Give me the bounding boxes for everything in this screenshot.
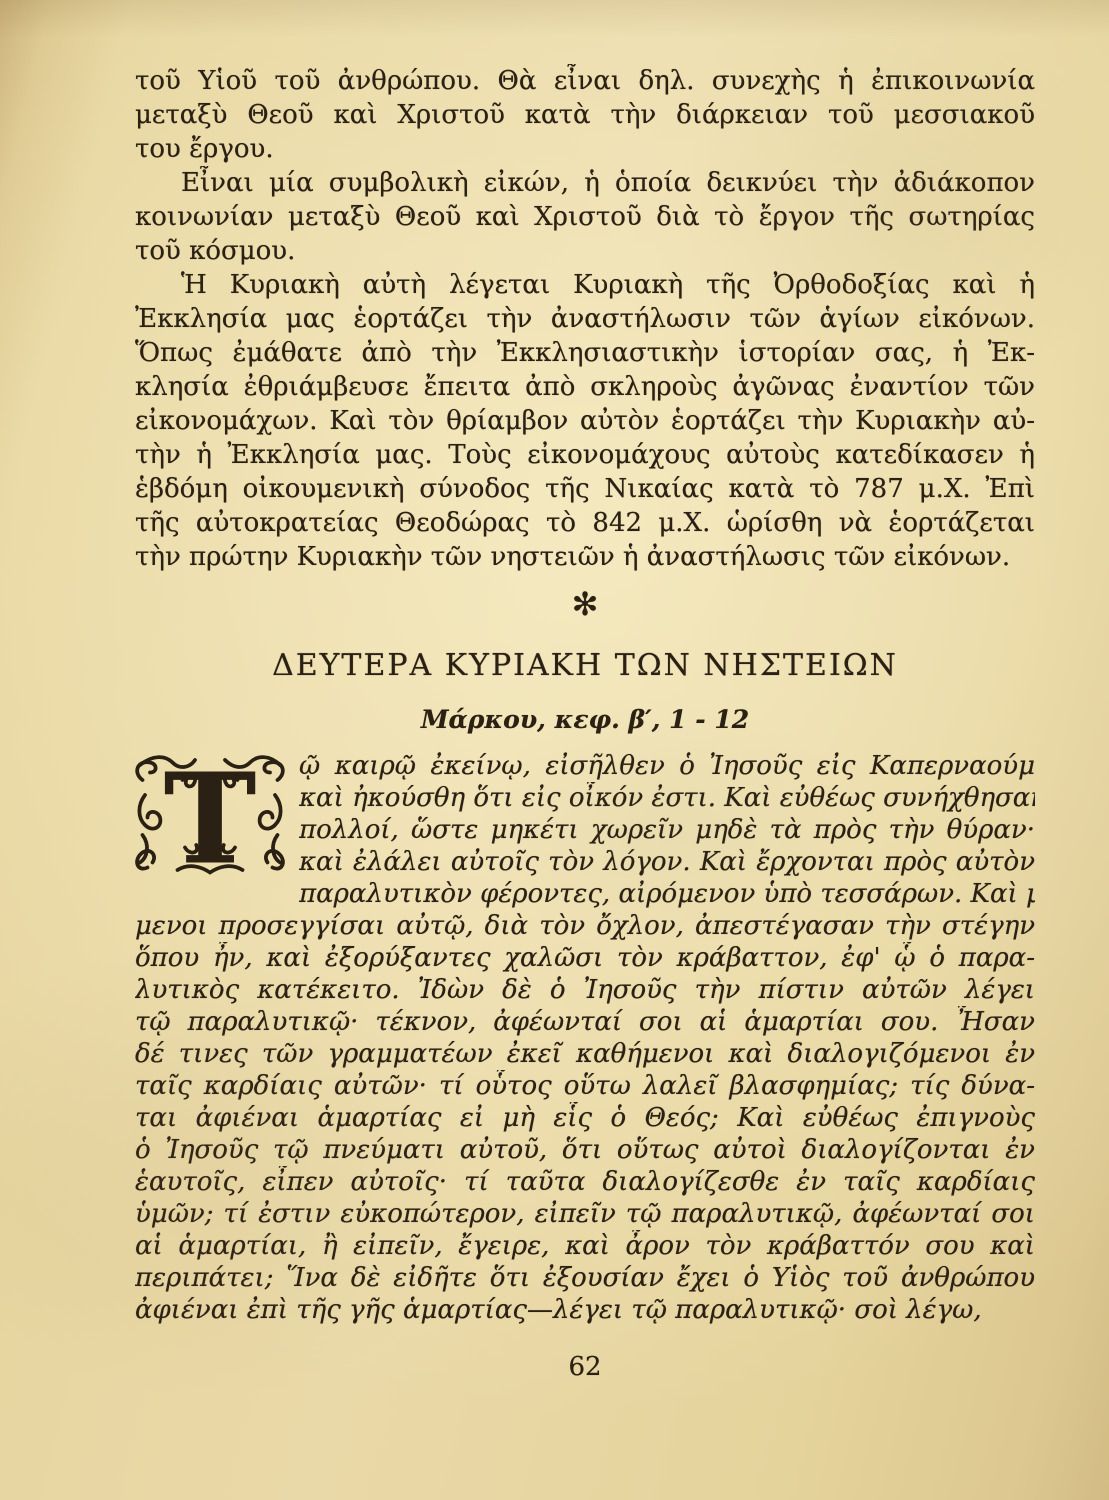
text-line: ἑβδόμη οἰκουμενικὴ σύνοδος τῆς Νικαίας κ… xyxy=(135,472,1035,506)
text-line: μεταξὺ Θεοῦ καὶ Χριστοῦ κατὰ τὴν διάρκει… xyxy=(135,98,1035,132)
text-line: καὶ ἠκούσθη ὅτι εἰς οἶκόν ἐστι. Καὶ εὐθέ… xyxy=(299,782,1035,814)
book-page: τοῦ Υἱοῦ τοῦ ἀνθρώπου. Θὰ εἶναι δηλ. συν… xyxy=(0,0,1109,1500)
text-line: ὑμῶν; τί ἐστιν εὐκοπώτερον, εἰπεῖν τῷ πα… xyxy=(135,1198,1035,1230)
text-line: ἀφιέναι ἐπὶ τῆς γῆς ἁμαρτίας—λέγει τῷ πα… xyxy=(135,1294,1035,1326)
drop-cap-letter: Τ xyxy=(163,752,256,878)
text-line: τοῦ κόσμου. xyxy=(135,234,1035,268)
drop-cap-ornament: Τ xyxy=(135,752,285,878)
text-line: μενοι προσεγγίσαι αὐτῷ, διὰ τὸν ὄχλον, ἀ… xyxy=(135,910,1035,942)
text-line: Ἡ Κυριακὴ αὐτὴ λέγεται Κυριακὴ τῆς Ὀρθοδ… xyxy=(135,268,1035,302)
text-line: Ὅπως ἐμάθατε ἀπὸ τὴν Ἐκκλησιαστικὴν ἱστο… xyxy=(135,336,1035,370)
text-line: παραλυτικὸν φέροντες, αἰρόμενον ὑπὸ τεσσ… xyxy=(299,878,1035,910)
text-line: περιπάτει; Ἵνα δὲ εἰδῆτε ὅτι ἐξουσίαν ἔχ… xyxy=(135,1262,1035,1294)
text-line: τὴν ἡ Ἐκκλησία μας. Τοὺς εἰκονομάχους αὐ… xyxy=(135,438,1035,472)
text-line: Εἶναι μία συμβολικὴ εἰκών, ἡ ὁποία δεικν… xyxy=(135,166,1035,200)
text-line: ὁ Ἰησοῦς τῷ πνεύματι αὐτοῦ, ὅτι οὕτως αὐ… xyxy=(135,1134,1035,1166)
text-line: λυτικὸς κατέκειτο. Ἰδὼν δὲ ὁ Ἰησοῦς τὴν … xyxy=(135,974,1035,1006)
text-line: εἰκονομάχων. Καὶ τὸν θρίαμβον αὐτὸν ἑορτ… xyxy=(135,404,1035,438)
text-line: κοινωνίαν μεταξὺ Θεοῦ καὶ Χριστοῦ διὰ τὸ… xyxy=(135,200,1035,234)
text-line: πολλοί, ὥστε μηκέτι χωρεῖν μηδὲ τὰ πρὸς … xyxy=(299,814,1035,846)
text-line: τῆς αὐτοκρατείας Θεοδώρας τὸ 842 μ.Χ. ὡρ… xyxy=(135,506,1035,540)
intro-paragraphs: τοῦ Υἱοῦ τοῦ ἀνθρώπου. Θὰ εἶναι δηλ. συν… xyxy=(135,64,1035,574)
text-line: τὴν πρώτην Κυριακὴν τῶν νηστειῶν ἡ ἀναστ… xyxy=(135,540,1035,574)
section-title: ΔΕΥΤΕΡΑ ΚΥΡΙΑΚΗ ΤΩΝ ΝΗΣΤΕΙΩΝ xyxy=(135,646,1035,686)
text-line: ταῖς καρδίαις αὐτῶν· τί οὗτος οὕτω λαλεῖ… xyxy=(135,1070,1035,1102)
text-line: ἑαυτοῖς, εἶπεν αὐτοῖς· τί ταῦτα διαλογίζ… xyxy=(135,1166,1035,1198)
text-line: καὶ ἐλάλει αὐτοῖς τὸν λόγον. Καὶ ἔρχοντα… xyxy=(299,846,1035,878)
asterisk-ornament-icon: ✻ xyxy=(135,584,1035,624)
text-line: τῷ παραλυτικῷ· τέκνον, ἀφέωνταί σοι αἱ ἁ… xyxy=(135,1006,1035,1038)
text-line: κλησία ἐθριάμβευσε ἔπειτα ἀπὸ σκληροὺς ἀ… xyxy=(135,370,1035,404)
text-line: αἱ ἁμαρτίαι, ἢ εἰπεῖν, ἔγειρε, καὶ ἆρον … xyxy=(135,1230,1035,1262)
page-number: 62 xyxy=(135,1352,1035,1382)
text-line: ται ἀφιέναι ἁμαρτίας εἰ μὴ εἷς ὁ Θεός; Κ… xyxy=(135,1102,1035,1134)
passage-reference: Μάρκου, κεφ. β′, 1 - 12 xyxy=(135,703,1035,737)
gospel-passage: Τ ῷ καιρῷ ἐκείνῳ, εἰσῆλθεν ὁ Ἰησοῦς εἰς … xyxy=(135,750,1035,1326)
text-line: τοῦ Υἱοῦ τοῦ ἀνθρώπου. Θὰ εἶναι δηλ. συν… xyxy=(135,64,1035,98)
text-line: δέ τινες τῶν γραμματέων ἐκεῖ καθήμενοι κ… xyxy=(135,1038,1035,1070)
text-line: Ἐκκλησία μας ἑορτάζει τὴν ἀναστήλωσιν τῶ… xyxy=(135,302,1035,336)
text-line: ὅπου ἦν, καὶ ἐξορύξαντες χαλῶσι τὸν κράβ… xyxy=(135,942,1035,974)
text-line: του ἔργου. xyxy=(135,132,1035,166)
text-line: ῷ καιρῷ ἐκείνῳ, εἰσῆλθεν ὁ Ἰησοῦς εἰς Κα… xyxy=(299,750,1035,782)
